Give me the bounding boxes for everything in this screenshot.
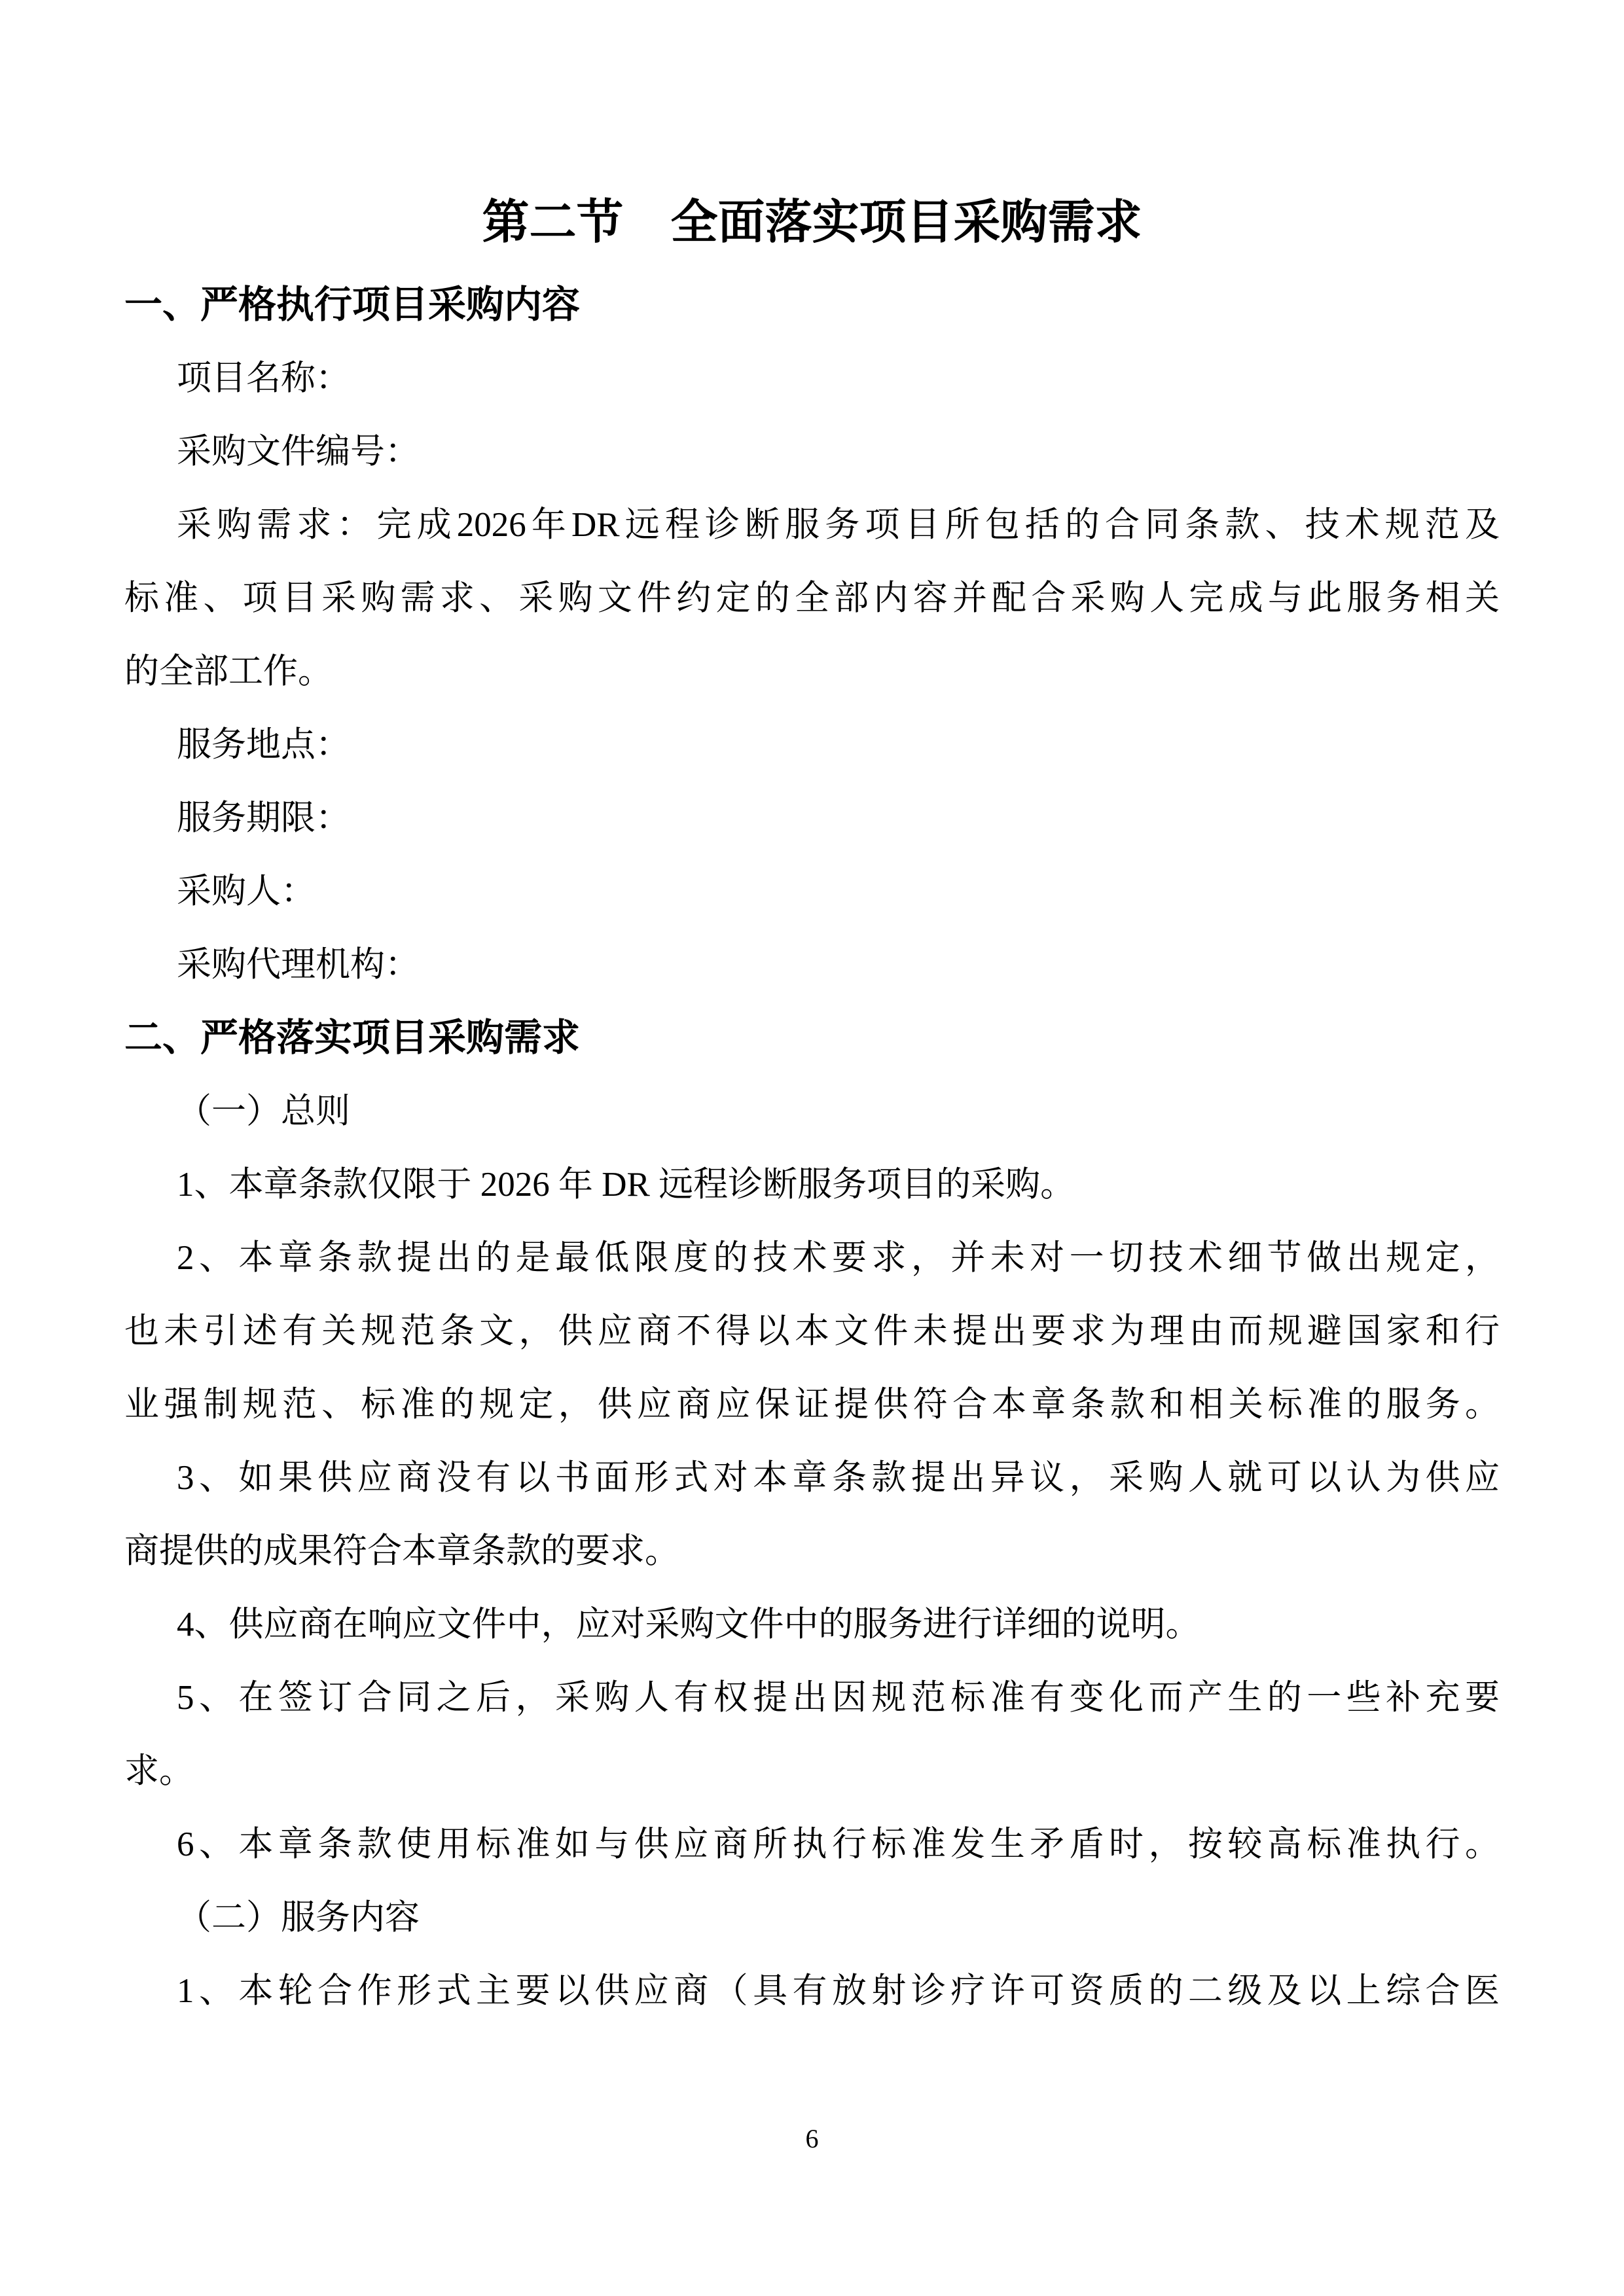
document-body: 第二节 全面落实项目采购需求 一、严格执行项目采购内容 项目名称： 采购文件编号…: [124, 177, 1500, 2028]
clause-5-line-1: 5、在签订合同之后，采购人有权提出因规范标准有变化而产生的一些补充要: [124, 1661, 1500, 1734]
section-heading-1: 一、严格执行项目采购内容: [124, 268, 1500, 342]
document-page: 第二节 全面落实项目采购需求 一、严格执行项目采购内容 项目名称： 采购文件编号…: [0, 0, 1624, 2296]
subsection-general-rules: （一）总则: [124, 1075, 1500, 1148]
clause-4: 4、供应商在响应文件中，应对采购文件中的服务进行详细的说明。: [124, 1588, 1500, 1661]
subsection-service-content: （二）服务内容: [124, 1881, 1500, 1954]
clause-3-line-1: 3、如果供应商没有以书面形式对本章条款提出异议，采购人就可以认为供应: [124, 1441, 1500, 1515]
field-doc-number: 采购文件编号：: [124, 415, 1500, 488]
section-heading-2: 二、严格落实项目采购需求: [124, 1001, 1500, 1075]
clause-1: 1、本章条款仅限于 2026 年 DR 远程诊断服务项目的采购。: [124, 1148, 1500, 1221]
service-clause-1-line-1: 1、本轮合作形式主要以供应商（具有放射诊疗许可资质的二级及以上综合医: [124, 1954, 1500, 2028]
para-procurement-req-line-1: 采购需求：完成2026年DR远程诊断服务项目所包括的合同条款、技术规范及: [124, 488, 1500, 562]
clause-6: 6、本章条款使用标准如与供应商所执行标准发生矛盾时，按较高标准执行。: [124, 1808, 1500, 1881]
clause-5-line-2: 求。: [124, 1734, 1500, 1808]
clause-2-line-3: 业强制规范、标准的规定，供应商应保证提供符合本章条款和相关标准的服务。: [124, 1368, 1500, 1441]
field-purchaser: 采购人：: [124, 855, 1500, 928]
field-service-period: 服务期限：: [124, 781, 1500, 855]
clause-2-line-2: 也未引述有关规范条文，供应商不得以本文件未提出要求为理由而规避国家和行: [124, 1295, 1500, 1368]
para-procurement-req-line-3: 的全部工作。: [124, 635, 1500, 708]
field-project-name: 项目名称：: [124, 342, 1500, 415]
section-title: 第二节 全面落实项目采购需求: [124, 177, 1500, 268]
clause-3-line-2: 商提供的成果符合本章条款的要求。: [124, 1515, 1500, 1588]
clause-2-line-1: 2、本章条款提出的是最低限度的技术要求，并未对一切技术细节做出规定，: [124, 1221, 1500, 1295]
field-procurement-agency: 采购代理机构：: [124, 928, 1500, 1001]
field-service-location: 服务地点：: [124, 708, 1500, 781]
page-number: 6: [124, 2119, 1500, 2159]
para-procurement-req-line-2: 标准、项目采购需求、采购文件约定的全部内容并配合采购人完成与此服务相关: [124, 562, 1500, 635]
